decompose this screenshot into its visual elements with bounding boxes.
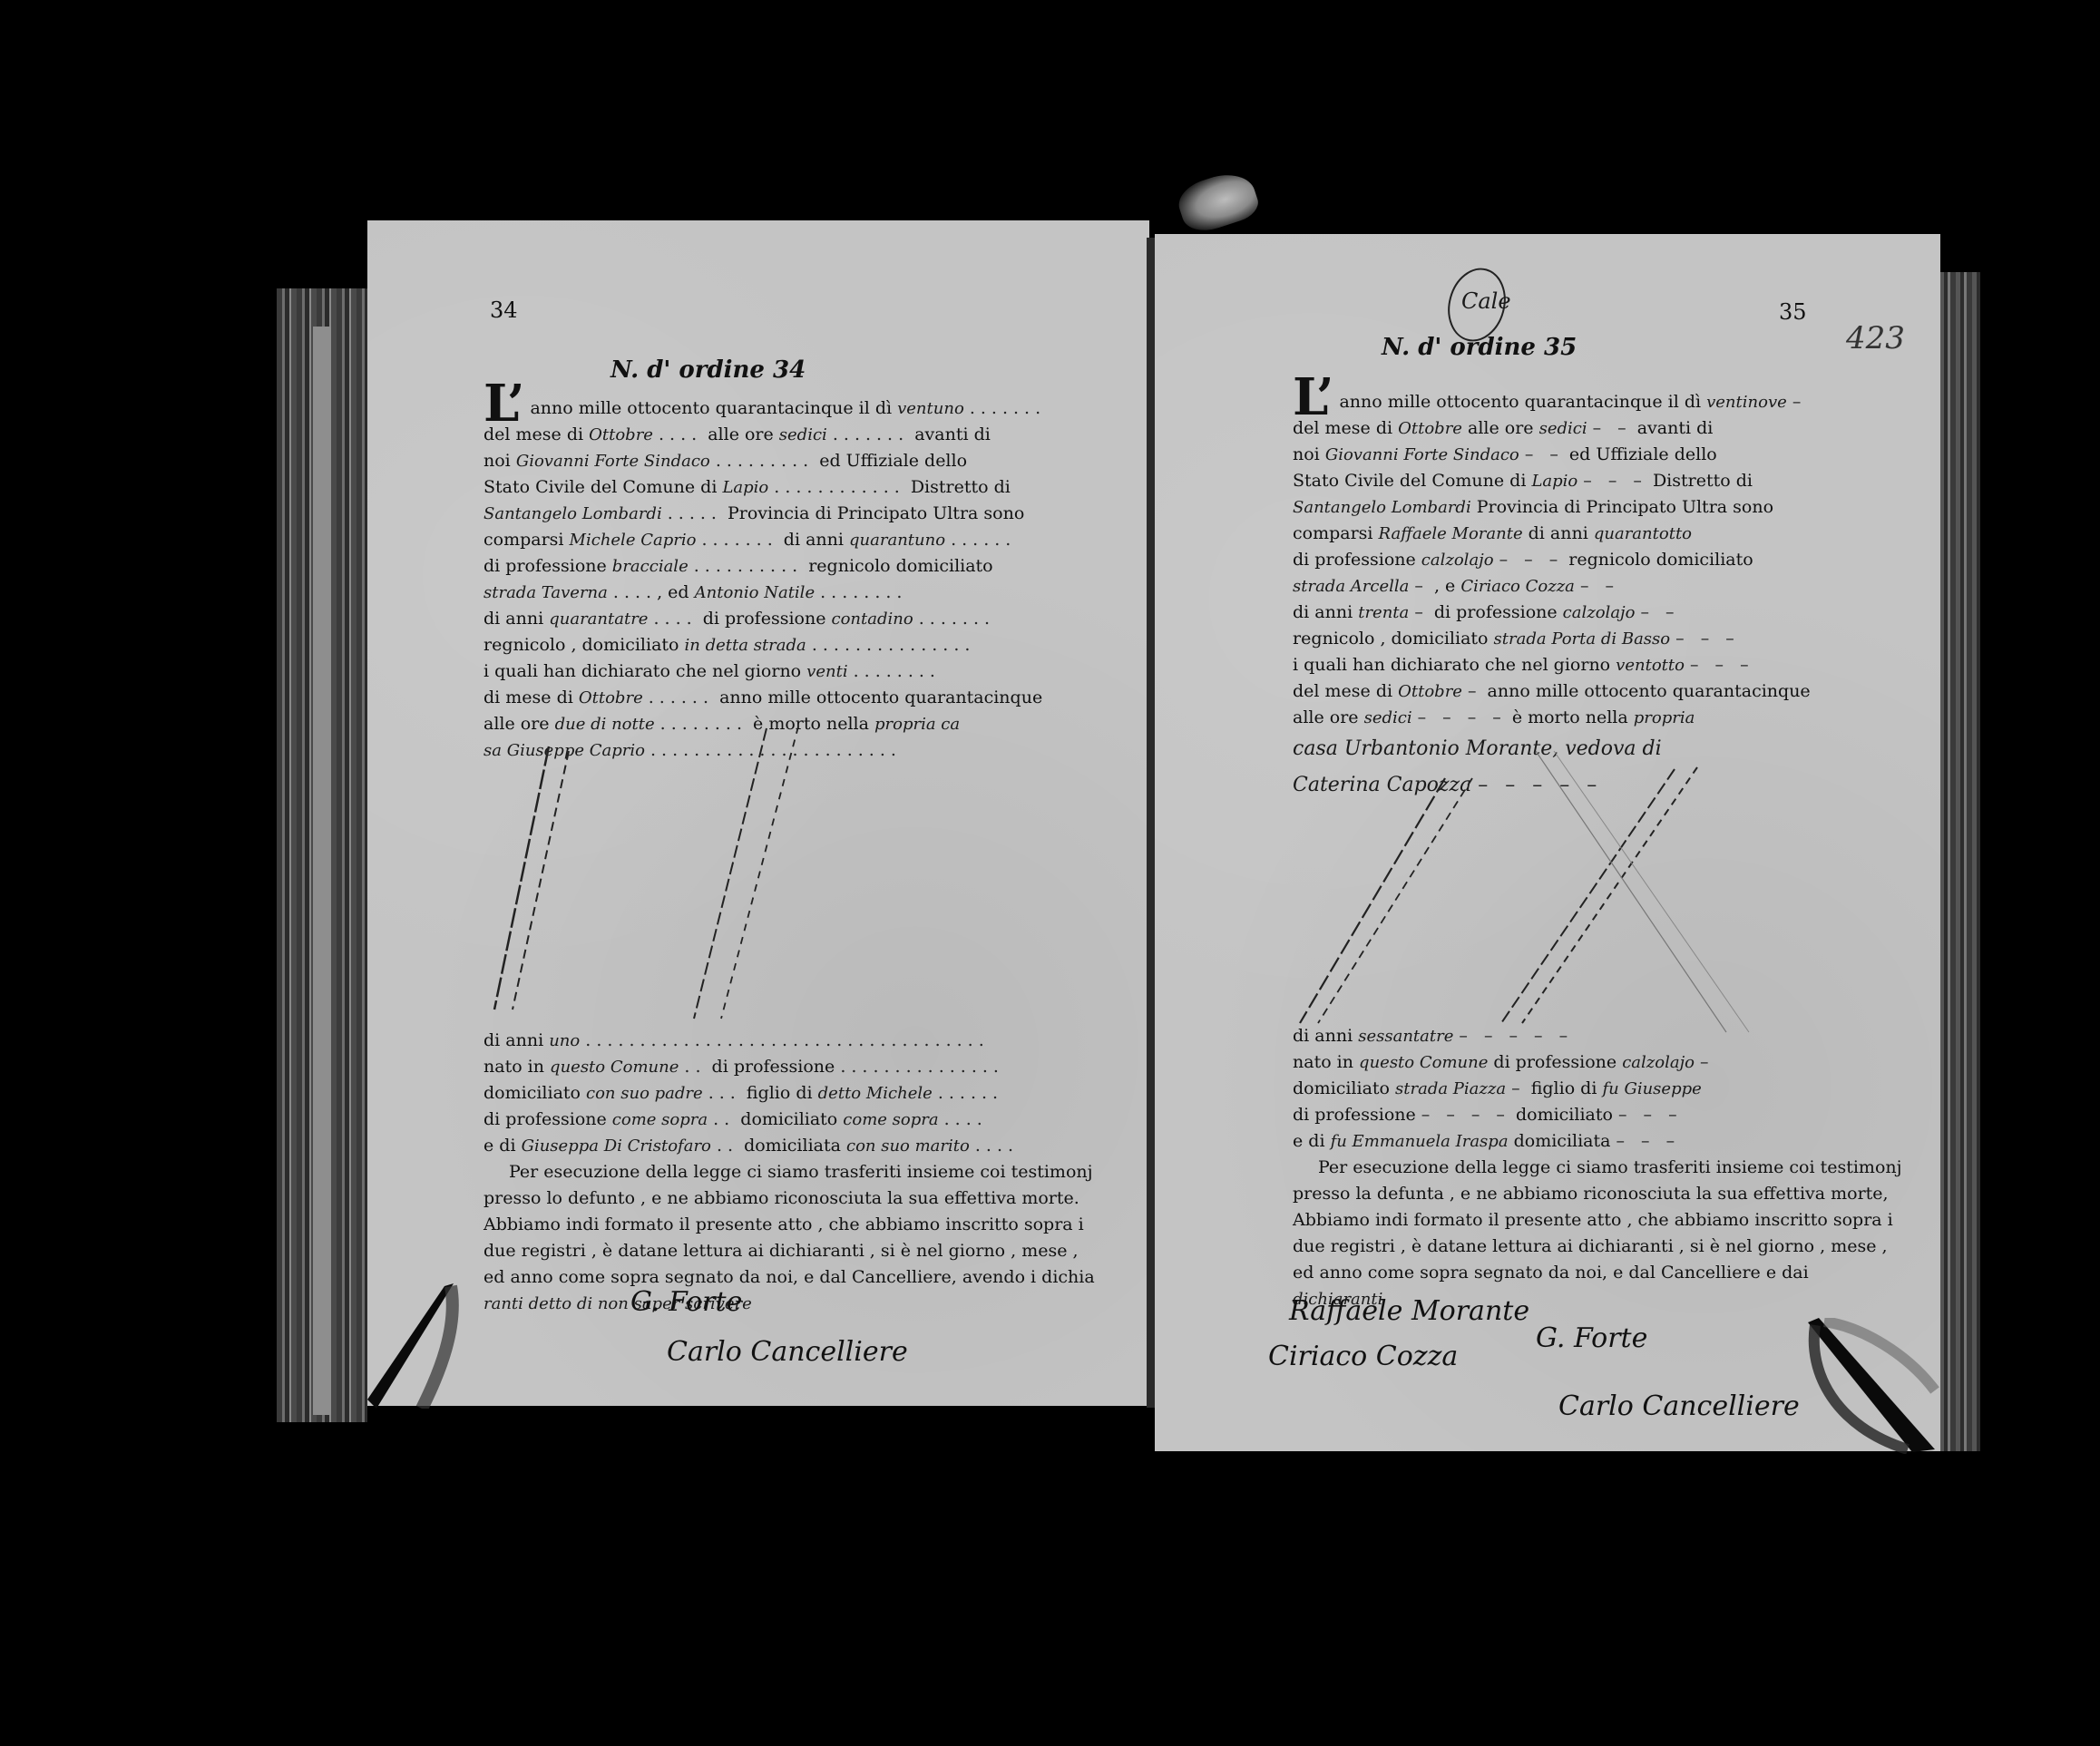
record-line: nato in questo Comune .. di professione … <box>483 1054 1118 1080</box>
left-page: 34 N. d' ordine 34 L’anno mille ottocent… <box>367 220 1149 1406</box>
signature-witness-1: Raffaele Morante <box>1289 1295 1529 1327</box>
record-line: di professione – – – – domiciliato – – – <box>1293 1102 1928 1128</box>
book-page-edge-highlight <box>313 327 331 1415</box>
record-line: e di fu Emmanuela Iraspa domiciliata – –… <box>1293 1128 1928 1155</box>
closing-line: ed anno come sopra segnato da noi, e dal… <box>1293 1260 1928 1286</box>
record-line: di anni uno ............................… <box>483 1028 1118 1054</box>
signature-chancellor: Carlo Cancelliere <box>1558 1390 1800 1422</box>
closing-line: Abbiamo indi formato il presente atto , … <box>1293 1207 1928 1234</box>
closing-line: ed anno come sopra segnato da noi, e dal… <box>483 1264 1118 1291</box>
signature-witness-2: Ciriaco Cozza <box>1268 1341 1458 1372</box>
closing-line: Per esecuzione della legge ci siamo tras… <box>483 1159 1118 1185</box>
corner-tab-right <box>1808 1318 1940 1454</box>
record-line: domiciliato con suo padre ... figlio di … <box>483 1080 1118 1107</box>
closing-line: presso la defunta , e ne abbiamo riconos… <box>1293 1181 1928 1207</box>
record-line: nato in questo Comune di professione cal… <box>1293 1049 1928 1076</box>
closing-line: due registri , è datane lettura ai dichi… <box>483 1238 1118 1264</box>
record-line: di anni sessantatre – – – – – <box>1293 1023 1928 1049</box>
signature-chancellor: Carlo Cancelliere <box>667 1336 908 1368</box>
book-page-edges-right <box>1939 272 1980 1451</box>
closing-line: due registri , è datane lettura ai dichi… <box>1293 1234 1928 1260</box>
closing-line: Per esecuzione della legge ci siamo tras… <box>1293 1155 1928 1181</box>
closing-handwritten: ranti detto di non saper scrivere <box>483 1291 1118 1317</box>
record-line: domiciliato strada Piazza – figlio di fu… <box>1293 1076 1928 1102</box>
closing-line: presso lo defunto , e ne abbiamo riconos… <box>483 1185 1118 1212</box>
signature-mayor: G. Forte <box>630 1286 742 1318</box>
signature-mayor: G. Forte <box>1536 1322 1647 1354</box>
record-lower-body: di anni sessantatre – – – – – nato in qu… <box>1293 1023 1928 1312</box>
corner-tab-left <box>367 1273 513 1409</box>
record-line: e di Giuseppa Di Cristofaro .. domicilia… <box>483 1133 1118 1159</box>
right-page: Cale 35 423 N. d' ordine 35 L’anno mille… <box>1155 234 1940 1451</box>
record-line: di professione come sopra .. domiciliato… <box>483 1107 1118 1133</box>
record-lower-body: di anni uno ............................… <box>483 1028 1118 1317</box>
binding-clip <box>1174 166 1263 238</box>
closing-line: Abbiamo indi formato il presente atto , … <box>483 1212 1118 1238</box>
